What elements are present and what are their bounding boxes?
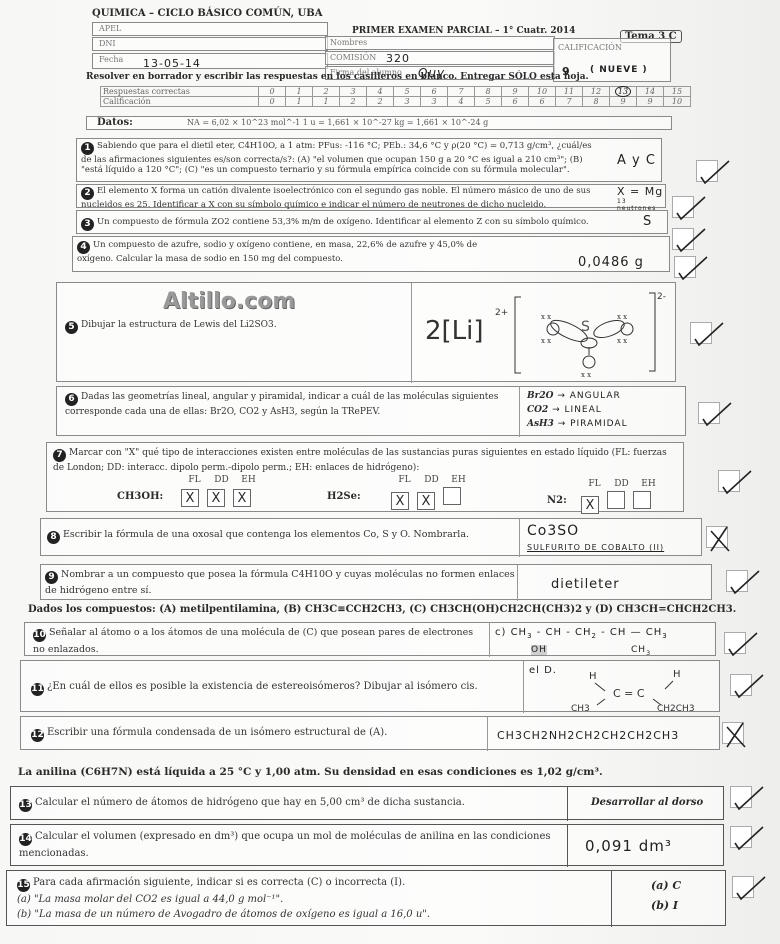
row-label: Calificación [101, 97, 259, 107]
question-number: 11 [31, 683, 44, 696]
answer-14: 0,091 dm³ [585, 837, 672, 855]
correct-count-cell: 11 [556, 87, 583, 97]
column-header: EH [635, 479, 662, 489]
checkmark-icon [729, 821, 769, 851]
course-title: QUIMICA – CICLO BÁSICO COMÚN, UBA [92, 8, 322, 19]
divider [567, 825, 568, 867]
datos-value: NA = 6,02 × 10^23 mol^-1 1 u = 1,661 × 1… [187, 118, 488, 127]
cross-icon [721, 717, 751, 747]
interaction-checkbox[interactable]: X [233, 489, 251, 507]
section-anilina: La anilina (C6H7N) está líquida a 25 °C … [18, 766, 603, 778]
grade-mark-7 [718, 470, 740, 492]
interaction-checkbox[interactable]: X [181, 489, 199, 507]
divider [567, 787, 568, 821]
question-number: 6 [65, 393, 78, 406]
question-number: 14 [19, 833, 32, 846]
lewis-structure-drawing: 2[Li] 2+ 2- S x x x x x x x x x x [417, 287, 687, 381]
grade-mark-15 [732, 876, 754, 898]
correct-count-cell: 15 [664, 87, 691, 97]
correct-count-cell: 12 [583, 87, 610, 97]
fecha-label: Fecha [99, 55, 123, 64]
question-number: 1 [81, 142, 94, 155]
correct-count-cell: 4 [367, 87, 394, 97]
comision-label: COMISIÓN [330, 53, 376, 62]
question-15: 15Para cada afirmación siguiente, indica… [6, 870, 726, 926]
grade-cell: 0 [259, 97, 286, 107]
answer-11: el D. [529, 665, 557, 676]
calificacion-label: CALIFICACIÓN [558, 43, 622, 52]
question-number: 13 [19, 799, 32, 812]
answer-10-oh: OH [531, 645, 547, 655]
checkmark-icon [729, 781, 769, 811]
grading-table: Respuestas correctas 0123456789101112131… [100, 86, 691, 107]
correct-count-cell: 8 [475, 87, 502, 97]
grade-cell: 1 [286, 97, 313, 107]
grade-cell: 4 [448, 97, 475, 107]
question-number: 12 [31, 729, 44, 742]
checkmark-icon [695, 155, 735, 185]
grade-cell: 3 [394, 97, 421, 107]
grade-cell: 8 [583, 97, 610, 107]
svg-text:CH2CH3: CH2CH3 [657, 704, 695, 713]
question-4: 4Un compuesto de azufre, sodio y oxígeno… [72, 236, 670, 272]
grade-mark-10 [724, 632, 746, 654]
interaction-checkbox[interactable]: X [417, 492, 435, 510]
column-header: EH [445, 475, 472, 485]
svg-text:x x: x x [617, 313, 627, 321]
correct-count-cell: 7 [448, 87, 475, 97]
answer-15a: (a) C [651, 879, 681, 892]
question-text: Calcular el número de átomos de hidrógen… [35, 797, 465, 808]
nombres-label: Nombres [330, 38, 367, 47]
divider [611, 871, 612, 927]
interactions-grid: FLDDEHCH3OH:XXXFLDDEHH2Se:XXFLDDEHN2:X [117, 475, 677, 511]
question-text: Escribir una fórmula condensada de un is… [47, 727, 387, 738]
interaction-checkbox[interactable]: X [581, 496, 599, 514]
interaction-checkbox[interactable] [607, 491, 625, 509]
question-text: Nombrar a un compuesto que posea la fórm… [45, 569, 515, 596]
question-number: 7 [53, 449, 66, 462]
svg-text:H: H [673, 669, 681, 680]
question-12: 12Escribir una fórmula condensada de un … [20, 716, 720, 750]
question-text: Un compuesto de azufre, sodio y oxígeno … [77, 240, 477, 264]
answer-15b: (b) I [651, 899, 678, 912]
dni-field[interactable]: DNI [92, 37, 328, 51]
answer-13: Desarrollar al dorso [591, 797, 703, 808]
grade-mark-9 [726, 570, 748, 592]
question-number: 4 [77, 241, 90, 254]
grade-cell: 10 [664, 97, 691, 107]
answer-2: X = Mg [617, 185, 663, 198]
question-text: Sabiendo que para el dietil eter, C4H10O… [81, 141, 592, 175]
datos-label: Datos: [97, 117, 133, 128]
correct-count-cell: 14 [637, 87, 664, 97]
question-11: 11¿En cuál de ellos es posible la existe… [20, 660, 720, 712]
question-9: 9Nombrar a un compuesto que posea la fór… [40, 564, 712, 600]
svg-text:H: H [589, 671, 597, 682]
grade-cell: 1 [313, 97, 340, 107]
question-number: 15 [17, 879, 30, 892]
statement-b: (b) "La masa de un número de Avogadro de… [17, 907, 607, 922]
exam-title: PRIMER EXAMEN PARCIAL – 1° Cuatr. 2014 [352, 26, 575, 36]
datos-row: Datos: NA = 6,02 × 10^23 mol^-1 1 u = 1,… [86, 116, 672, 130]
checkmark-icon [717, 465, 757, 495]
geometry-answers: Br2O → ANGULARCO2 → LINEALAsH3 → PIRAMID… [527, 389, 628, 431]
question-number: 2 [81, 187, 94, 200]
question-14: 14Calcular el volumen (expresado en dm³)… [10, 824, 724, 866]
fecha-value: 13-05-14 [143, 57, 201, 70]
svg-text:S: S [581, 319, 590, 335]
substance-label: N2: [547, 495, 567, 506]
apellido-field[interactable]: APEL [92, 22, 328, 36]
column-header: EH [235, 475, 262, 485]
checkmark-icon [671, 223, 711, 253]
grade-mark-5 [690, 322, 712, 344]
svg-text:CH3: CH3 [571, 704, 590, 713]
svg-text:x x: x x [541, 337, 551, 345]
nombres-field[interactable]: Nombres [325, 36, 555, 50]
answer-4: 0,0486 g [578, 255, 644, 270]
grade-mark-1 [696, 160, 718, 182]
checkmark-icon [689, 317, 729, 347]
question-number: 9 [45, 571, 58, 584]
substance-label: CH3OH: [117, 491, 163, 502]
grade-cell: 7 [556, 97, 583, 107]
question-1: 1Sabiendo que para el dietil eter, C4H10… [76, 138, 662, 182]
correct-answers-row: Respuestas correctas 0123456789101112131… [101, 87, 691, 97]
question-7: 7Marcar con "X" qué tipo de interaccione… [46, 442, 684, 512]
correct-count-cell: 1 [286, 87, 313, 97]
question-text: El elemento X forma un catión divalente … [81, 186, 590, 210]
grade-cell: 6 [502, 97, 529, 107]
answer-8: Co3SO [527, 523, 579, 539]
grade-cell: 2 [340, 97, 367, 107]
geometry-answer: CO2 → LINEAL [527, 403, 628, 417]
correct-count-cell: 5 [394, 87, 421, 97]
question-10: 10Señalar al átomo o a los átomos de una… [24, 622, 716, 656]
answer-9: dietileter [551, 577, 620, 592]
question-number: 10 [33, 629, 46, 642]
grade-cell: 9 [637, 97, 664, 107]
question-3: 3Un compuesto de fórmula ZO2 contiene 53… [76, 210, 668, 234]
statement-a: (a) "La masa molar del CO2 es igual a 44… [17, 892, 607, 907]
checkmark-icon [673, 251, 713, 281]
divider [487, 717, 488, 751]
grade-mark-14 [730, 826, 752, 848]
column-header: FL [181, 475, 208, 485]
question-number: 5 [65, 321, 78, 334]
answer-8-name: SULFURITO DE COBALTO (II) [527, 543, 664, 552]
grade-cell: 6 [529, 97, 556, 107]
question-text: Dadas las geometrías lineal, angular y p… [65, 392, 498, 417]
interaction-checkbox[interactable]: X [207, 489, 225, 507]
question-text: Dibujar la estructura de Lewis del Li2SO… [81, 320, 277, 330]
grade-mark-6 [698, 402, 720, 424]
geometry-answer: Br2O → ANGULAR [527, 389, 628, 403]
svg-text:2[Li]: 2[Li] [425, 316, 484, 346]
watermark: Altillo.com [163, 289, 295, 314]
svg-text:x x: x x [581, 371, 591, 379]
grade-cell: 3 [421, 97, 448, 107]
answer-3: S [643, 214, 652, 229]
question-5: Altillo.com 5Dibujar la estructura de Le… [56, 282, 676, 382]
correct-count-cell: 13 [610, 87, 637, 97]
grade-mark-3 [672, 228, 694, 250]
fecha-field[interactable]: Fecha 13-05-14 [92, 53, 328, 69]
svg-text:2-: 2- [657, 292, 666, 302]
correct-count-cell: 0 [259, 87, 286, 97]
answer-10: c) CH3 - CH - CH2 - CH — CH3 [495, 627, 668, 640]
interaction-checkbox[interactable] [443, 487, 461, 505]
divider [489, 623, 490, 657]
divider [411, 283, 412, 383]
calificacion-words: ( NUEVE ) [590, 65, 648, 75]
divider [519, 387, 520, 437]
svg-text:2+: 2+ [495, 308, 508, 318]
question-text: Escribir la fórmula de una oxosal que co… [63, 529, 469, 540]
correct-count-cell: 9 [502, 87, 529, 97]
substance-label: H2Se: [327, 491, 361, 502]
divider [519, 519, 520, 557]
column-header: DD [208, 475, 235, 485]
grade-mark-12 [722, 722, 744, 744]
question-text: Señalar al átomo o a los átomos de una m… [33, 627, 473, 655]
correct-count-cell: 2 [313, 87, 340, 97]
apellido-label: APEL [99, 24, 121, 33]
cis-isomer-drawing: H H C = C CH3 CH2CH3 [561, 663, 711, 713]
checkmark-icon [723, 627, 763, 657]
column-header: FL [391, 475, 418, 485]
question-6: 6Dadas las geometrías lineal, angular y … [56, 386, 686, 436]
interaction-checkbox[interactable]: X [391, 492, 409, 510]
grade-cell: 5 [475, 97, 502, 107]
question-number: 3 [81, 218, 94, 231]
instructions: Resolver en borrador y escribir las resp… [86, 72, 589, 82]
geometry-answer: AsH3 → PIRAMIDAL [527, 417, 628, 431]
grade-mark-4 [674, 256, 696, 278]
question-13: 13Calcular el número de átomos de hidróg… [10, 786, 724, 820]
divider [523, 661, 524, 713]
answer-12: CH3CH2NH2CH2CH2CH2CH3 [497, 729, 679, 742]
grade-mark-2 [672, 196, 694, 218]
interaction-checkbox[interactable] [633, 491, 651, 509]
cross-icon [705, 521, 735, 551]
grade-row: Calificación 01122334566789910 [101, 97, 691, 107]
correct-count-cell: 3 [340, 87, 367, 97]
grade-cell: 9 [610, 97, 637, 107]
question-text: ¿En cuál de ellos es posible la existenc… [47, 681, 478, 692]
svg-text:x x: x x [541, 313, 551, 321]
column-header: DD [418, 475, 445, 485]
question-text: Marcar con "X" qué tipo de interacciones… [53, 448, 667, 473]
checkmark-icon [729, 669, 769, 699]
answer-10-ch3: CH3 [631, 645, 651, 657]
correct-count-cell: 6 [421, 87, 448, 97]
question-text: Para cada afirmación siguiente, indicar … [33, 877, 405, 888]
grade-mark-8 [706, 526, 728, 548]
checkmark-icon [725, 565, 765, 595]
correct-count-cell: 10 [529, 87, 556, 97]
divider [517, 565, 518, 601]
question-text: Un compuesto de fórmula ZO2 contiene 53,… [97, 217, 589, 227]
question-number: 8 [47, 531, 60, 544]
dni-label: DNI [99, 39, 116, 48]
exam-page: QUIMICA – CICLO BÁSICO COMÚN, UBA PRIMER… [0, 0, 780, 944]
checkmark-icon [671, 191, 711, 221]
section-compuestos: Dados los compuestos: (A) metilpentilami… [28, 604, 736, 615]
checkmark-icon [731, 871, 771, 901]
comision-field[interactable]: COMISIÓN 320 [325, 51, 555, 65]
column-header: FL [581, 479, 608, 489]
grade-mark-11 [730, 674, 752, 696]
grade-cell: 2 [367, 97, 394, 107]
svg-text:x x: x x [617, 337, 627, 345]
grade-mark-13 [730, 786, 752, 808]
question-text: Calcular el volumen (expresado en dm³) q… [19, 831, 551, 859]
column-header: DD [608, 479, 635, 489]
question-2: 2El elemento X forma un catión divalente… [76, 184, 666, 208]
checkmark-icon [697, 397, 737, 427]
answer-1: A y C [617, 153, 656, 168]
row-label: Respuestas correctas [101, 87, 259, 97]
svg-text:C = C: C = C [613, 687, 645, 700]
comision-value: 320 [386, 52, 410, 65]
question-8: 8Escribir la fórmula de una oxosal que c… [40, 518, 702, 556]
